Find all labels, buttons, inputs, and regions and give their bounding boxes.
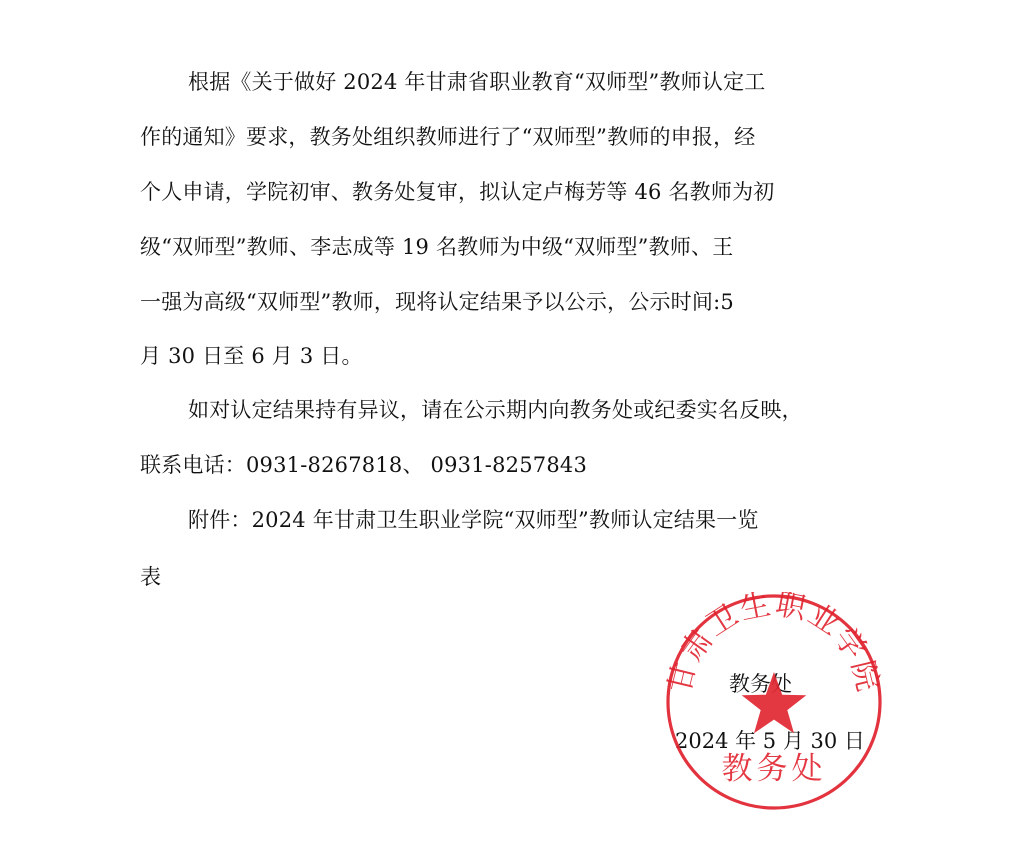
paragraph-2-line-1: 如对认定结果持有异议，请在公示期内向教务处或纪委实名反映， — [188, 396, 803, 424]
paragraph-1-line-2: 作的通知》要求，教务处组织教师进行了“双师型”教师的申报，经 — [140, 123, 755, 151]
paragraph-1-line-4: 级“双师型”教师、李志成等 19 名教师为中级“双师型”教师、王 — [140, 233, 733, 261]
paragraph-1-line-5: 一强为高级“双师型”教师，现将认定结果予以公示，公示时间:5 — [140, 288, 734, 316]
document-page: 根据《关于做好 2024 年甘肃省职业教育“双师型”教师认定工 作的通知》要求，… — [0, 0, 1009, 841]
seal-inner-text: 教务处 — [722, 751, 827, 787]
official-seal-stamp: 甘肃卫生职业学院 教务处 — [664, 592, 884, 812]
paragraph-1-line-1: 根据《关于做好 2024 年甘肃省职业教育“双师型”教师认定工 — [188, 68, 765, 96]
signature-date: 2024 年 5 月 30 日 — [675, 727, 865, 755]
paragraph-1-line-6: 月 30 日至 6 月 3 日。 — [140, 342, 363, 370]
paragraph-1-line-3: 个人申请，学院初审、教务处复审，拟认定卢梅芳等 46 名教师为初 — [140, 178, 774, 206]
contact-phone-line: 联系电话：0931-8267818、 0931-8257843 — [140, 451, 587, 479]
attachment-line-2: 表 — [140, 563, 161, 591]
attachment-line-1: 附件：2024 年甘肃卫生职业学院“双师型”教师认定结果一览 — [188, 506, 759, 534]
signature-department: 教务处 — [729, 670, 792, 698]
